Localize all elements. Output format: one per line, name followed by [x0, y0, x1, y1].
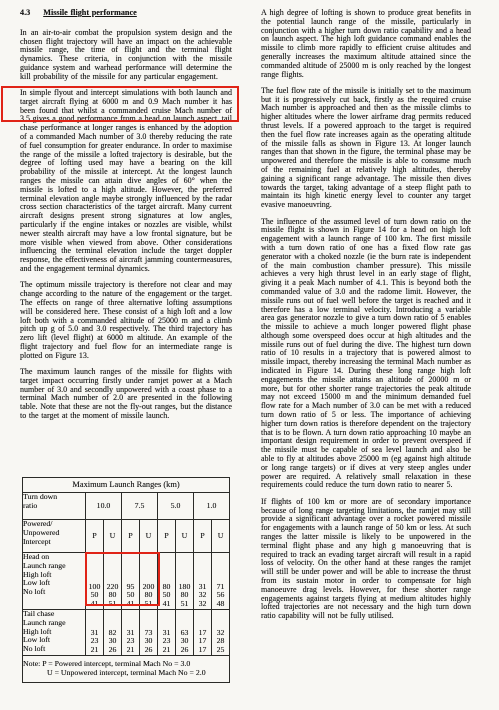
range-value: 32: [194, 600, 211, 609]
range-cell: 31 32 32: [194, 553, 212, 610]
intercept-type-label: Powered/ Unpowered Intercept: [23, 520, 86, 553]
range-cell: 31 23 21: [86, 610, 104, 656]
range-value: 41: [158, 600, 175, 609]
range-value: 26: [176, 646, 193, 655]
ratio-header: 5.0: [158, 493, 194, 520]
range-cell: 71 56 48: [212, 553, 230, 610]
table-note-line2: U = Unpowered intercept, terminal Mach N…: [47, 669, 229, 678]
pu-header: P: [158, 520, 176, 553]
head-on-label: Head on Launch range High loft Low loft …: [23, 553, 86, 610]
range-cell: 200 80 51: [140, 553, 158, 610]
pu-header: P: [194, 520, 212, 553]
ratio-header: 7.5: [122, 493, 158, 520]
table-title: Maximum Launch Ranges (km): [23, 478, 230, 493]
section-number: 4.3: [20, 8, 30, 17]
range-value: 26: [140, 646, 157, 655]
range-value: 25: [212, 646, 229, 655]
pu-header: U: [140, 520, 158, 553]
range-cell: 31 23 21: [158, 610, 176, 656]
range-value: 26: [104, 646, 121, 655]
range-value: 41: [122, 600, 139, 609]
range-cell: 180 80 51: [176, 553, 194, 610]
range-cell: 95 50 41: [122, 553, 140, 610]
range-value: 41: [86, 600, 103, 609]
range-cell: 31 23 21: [122, 610, 140, 656]
range-value: 21: [86, 646, 103, 655]
range-value: 21: [122, 646, 139, 655]
paragraph-combat-propulsion: In an air-to-air combat the propulsion s…: [20, 29, 232, 82]
range-cell: 80 50 41: [158, 553, 176, 610]
pu-header: U: [176, 520, 194, 553]
left-column: 4.3Missile flight performance In an air-…: [20, 9, 232, 421]
pu-header: U: [212, 520, 230, 553]
range-cell: 73 30 26: [140, 610, 158, 656]
range-value: 21: [158, 646, 175, 655]
range-cell: 32 28 25: [212, 610, 230, 656]
range-cell: 100 50 41: [86, 553, 104, 610]
ratio-header: 1.0: [194, 493, 230, 520]
range-value: 51: [176, 600, 193, 609]
turn-down-ratio-label: Turn down ratio: [23, 493, 86, 520]
range-value: 51: [104, 600, 121, 609]
paragraph-flyout-simulations: In simple flyout and intercept simulatio…: [20, 89, 232, 274]
paragraph-maximum-launch-ranges: The maximum launch ranges of the missile…: [20, 368, 232, 421]
paragraph-fuel-flow-rate: The fuel flow rate of the missile is ini…: [261, 87, 471, 210]
scanned-document-page: 4.3Missile flight performance In an air-…: [0, 0, 499, 710]
pu-header: P: [86, 520, 104, 553]
ratio-header: 10.0: [86, 493, 122, 520]
section-title: Missile flight performance: [43, 8, 137, 17]
launch-ranges-table: Maximum Launch Ranges (km) Turn down rat…: [22, 477, 230, 683]
paragraph-lofting-benefits: A high degree of lofting is shown to pro…: [261, 9, 471, 79]
range-value: 48: [212, 600, 229, 609]
range-cell: 82 30 26: [104, 610, 122, 656]
range-value: 51: [140, 600, 157, 609]
section-heading: 4.3Missile flight performance: [20, 9, 232, 18]
paragraph-optimum-trajectory: The optimum missile trajectory is theref…: [20, 281, 232, 360]
paragraph-turn-down-ratio-influence: The influence of the assumed level of tu…: [261, 218, 471, 491]
tail-chase-label: Tail chase Launch range High loft Low lo…: [23, 610, 86, 656]
range-cell: 17 17 17: [194, 610, 212, 656]
table-note: Note: P = Powered intercept, terminal Ma…: [23, 656, 230, 683]
paragraph-short-range-flights: If flights of 100 km or more are of seco…: [261, 498, 471, 621]
range-value: 17: [194, 646, 211, 655]
pu-header: U: [104, 520, 122, 553]
range-cell: 63 30 26: [176, 610, 194, 656]
range-cell: 220 80 51: [104, 553, 122, 610]
right-column: A high degree of lofting is shown to pro…: [261, 9, 471, 621]
pu-header: P: [122, 520, 140, 553]
